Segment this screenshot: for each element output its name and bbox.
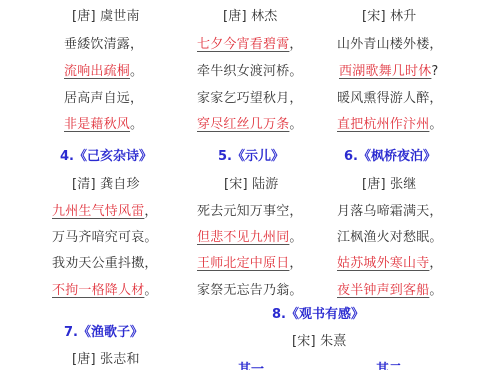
- poem-line: 死去元知万事空，: [197, 204, 303, 220]
- poem-author: [唐] 虞世南: [72, 9, 140, 25]
- poem-line-highlight: 但悲不见九州同。: [197, 230, 303, 246]
- poem-author: [宋] 林升: [362, 9, 416, 25]
- poem-line: 山外青山楼外楼，: [337, 37, 443, 53]
- poem-line-highlight: 姑苏城外寒山寺，: [337, 256, 443, 272]
- poem-line: 居高声自远，: [64, 91, 143, 107]
- poem-line-highlight: 直把杭州作汴州。: [337, 117, 443, 133]
- poem-author: [宋] 陆游: [224, 177, 278, 193]
- poem-line-highlight: 七夕今宵看碧霄，: [197, 37, 303, 53]
- poem-line: 我劝天公重抖擞，: [52, 256, 158, 272]
- poem-line-highlight: 九州生气恃风雷，: [52, 204, 158, 220]
- poem-title: 8.《观书有感》: [272, 307, 364, 323]
- poem-line: 月落乌啼霜满天，: [337, 204, 443, 220]
- poem-line: 家家乞巧望秋月，: [197, 91, 303, 107]
- poem-line-highlight: 不拘一格降人材。: [52, 283, 158, 299]
- poem-line: 家祭无忘告乃翁。: [197, 283, 303, 299]
- poem-author: [唐] 林杰: [223, 9, 277, 25]
- poem-title: 7.《渔歌子》: [64, 325, 143, 341]
- poem-author: [唐] 张志和: [72, 352, 140, 368]
- poem-line-highlight: 流响出疏桐。: [64, 64, 143, 80]
- poem-title: 6.《枫桥夜泊》: [344, 149, 436, 165]
- poem-author: [唐] 张继: [362, 177, 416, 193]
- poem-line-highlight: 穿尽红丝几万条。: [197, 117, 303, 133]
- poem-line-highlight: 西湖歌舞几时休?: [339, 64, 439, 80]
- poem-line-highlight: 王师北定中原日，: [197, 256, 303, 272]
- poem-line-highlight: 非是藉秋风。: [64, 117, 143, 133]
- poem-line: 暖风熏得游人醉，: [337, 91, 443, 107]
- poem-title: 4.《己亥杂诗》: [60, 149, 152, 165]
- poem-subhead: 其一: [238, 362, 264, 370]
- poem-title: 5.《示儿》: [218, 149, 284, 165]
- poem-line: 万马齐喑究可哀。: [52, 230, 158, 246]
- poem-line-highlight: 夜半钟声到客船。: [337, 283, 443, 299]
- poem-line: 垂緌饮清露，: [64, 37, 143, 53]
- poem-subhead: 其二: [376, 362, 402, 370]
- poem-author: [宋] 朱熹: [292, 334, 346, 350]
- poem-line: 牵牛织女渡河桥。: [197, 64, 303, 80]
- poem-author: [清] 龚自珍: [72, 177, 140, 193]
- poem-line: 江枫渔火对愁眠。: [337, 230, 443, 246]
